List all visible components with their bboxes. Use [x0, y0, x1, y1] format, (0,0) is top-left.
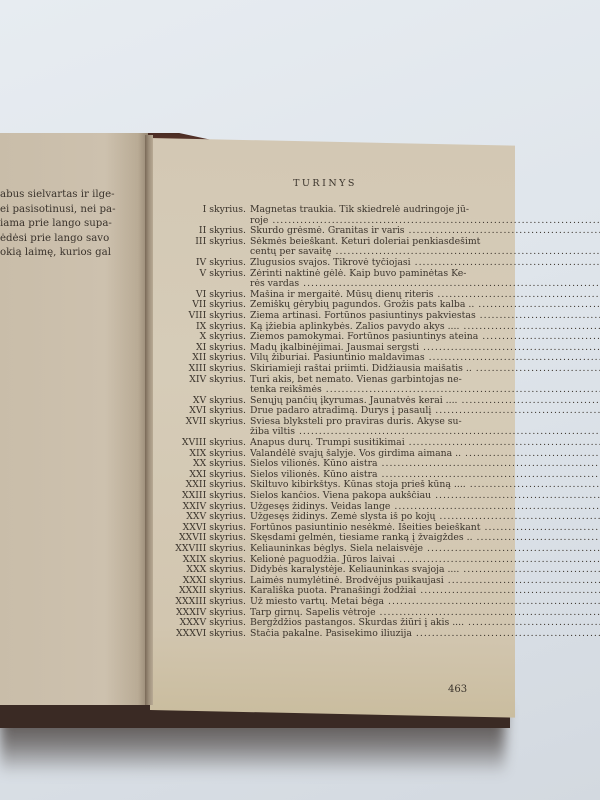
- toc-entry: V skyrius.Žėrinti naktinė gėlė. Kaip buv…: [150, 269, 480, 290]
- chapter-title: Sielos kančios. Viena pakopa aukščiau: [250, 491, 600, 502]
- chapter-title: Šviesa blykstelі pro praviras duris. Aky…: [250, 417, 600, 428]
- toc-entry: IV skyrius.Žlugusios svajos. Tikrovė tyč…: [150, 258, 480, 269]
- chapter-title: Turi akis, bet nemato. Vienas garbintoja…: [250, 375, 600, 386]
- chapter-title: Skiltuvo kibirkštys. Kūnas stoja prieš k…: [250, 480, 600, 491]
- toc-entry: XXVIII skyrius.Keliauninkas bėglys. Siel…: [150, 544, 480, 555]
- toc-entry: XIV skyrius.Turi akis, bet nemato. Viena…: [150, 375, 480, 396]
- text-line: abus sielvartas ir ilge-: [0, 188, 146, 203]
- chapter-number: XIII skyrius.: [150, 364, 250, 375]
- chapter-title: Fortūnos pasiuntinio nesėkmė. Išeities b…: [250, 523, 600, 534]
- chapter-title: Keliauninkas bėglys. Siela nelaisvėje: [250, 544, 600, 555]
- text-line: iama prie lango supa-: [0, 217, 146, 232]
- chapter-number: XXXIII skyrius.: [150, 597, 250, 608]
- chapter-title: Žėrinti naktinė gėlė. Kaip buvo paminėta…: [250, 269, 600, 280]
- chapter-title: Skurdo grėsmė. Granitas ir varis: [250, 226, 600, 237]
- chapter-title: Drue padaro atradimą. Durys į pasaulį: [250, 406, 600, 417]
- chapter-title: rės vardas: [250, 279, 600, 290]
- chapter-title: Senųjų pančių įkyrumas. Jaunatvės kerai …: [250, 396, 600, 407]
- table-of-contents: TURINYS I skyrius.Magnetas traukia. Tik …: [150, 178, 480, 639]
- chapter-title: Magnetas traukia. Tik skiedrelė audringo…: [250, 205, 600, 216]
- text-line: okią laimę, kurios gal: [0, 246, 146, 261]
- chapter-title: Bergždžios pastangos. Skurdas žiūri į ak…: [250, 618, 600, 629]
- chapter-title: Valandėlė svajų šalyje. Vos girdima aima…: [250, 449, 600, 460]
- chapter-number: IV skyrius.: [150, 258, 250, 269]
- chapter-title: Laimės numylėtinė. Brodvėjus puikaujasi: [250, 576, 600, 587]
- chapter-title: Karališka puota. Pranašingi žodžiai: [250, 586, 600, 597]
- chapter-title: Didybės karalystėje. Keliauninkas svajoj…: [250, 565, 600, 576]
- chapter-title: Sėkmės beieškant. Keturi doleriai penkia…: [250, 237, 600, 248]
- text-line: ei pasisotinusi, nei pa-: [0, 203, 146, 218]
- chapter-title: Skęsdami gelmėn, tiesiame ranką į žvaigž…: [250, 533, 600, 544]
- chapter-title: Žiemos pamokymai. Fortūnos pasiuntinys a…: [250, 332, 600, 343]
- chapter-number: III skyrius.: [150, 237, 250, 258]
- chapter-title: Stačia pakalne. Pasisekimo iliuzija: [250, 629, 600, 640]
- chapter-number: XIV skyrius.: [150, 375, 250, 396]
- toc-entry: XXXVI skyrius.Stačia pakalne. Pasisekimo…: [150, 629, 480, 640]
- toc-title: TURINYS: [170, 178, 480, 189]
- page-number: 463: [448, 684, 467, 695]
- toc-entry: XIII skyrius.Skiriamieji raštai priimti.…: [150, 364, 480, 375]
- chapter-title: Žlugusios svajos. Tikrovė tyčiojasi: [250, 258, 600, 269]
- chapter-title: Kelionė paguodžia. Jūros laivai: [250, 555, 600, 566]
- chapter-title: Užgesęs židinys. Veidas lange: [250, 502, 600, 513]
- toc-entry: III skyrius.Sėkmės beieškant. Keturi dol…: [150, 237, 480, 258]
- chapter-title: Žemiškų gėrybių pagundos. Grožis pats ka…: [250, 300, 600, 311]
- chapter-number: XVII skyrius.: [150, 417, 250, 438]
- chapter-title: Sielos vilionės. Kūno aistra: [250, 459, 600, 470]
- chapter-title: Žiema artinasi. Fortūnos pasiuntinys pak…: [250, 311, 600, 322]
- toc-entry: I skyrius.Magnetas traukia. Tik skiedrel…: [150, 205, 480, 226]
- toc-list: I skyrius.Magnetas traukia. Tik skiedrel…: [150, 205, 480, 639]
- chapter-title: žiba viltis: [250, 427, 600, 438]
- chapter-title: Vilų žiburiai. Pasiuntinio maldavimas: [250, 353, 600, 364]
- chapter-number: I skyrius.: [150, 205, 250, 226]
- chapter-title: Mašina ir mergaitė. Mūsų dienų riteris: [250, 290, 600, 301]
- chapter-number: XXVIII skyrius.: [150, 544, 250, 555]
- chapter-title: centų per savaitę: [250, 247, 600, 258]
- chapter-number: VIII skyrius.: [150, 311, 250, 322]
- chapter-number: V skyrius.: [150, 269, 250, 290]
- chapter-title: Skiriamieji raštai priimti. Didžiausia m…: [250, 364, 600, 375]
- chapter-title: Anapus durų. Trumpi susitikimai: [250, 438, 600, 449]
- chapter-title: Už miesto vartų. Metai bėga: [250, 597, 600, 608]
- chapter-number: XXXVI skyrius.: [150, 629, 250, 640]
- chapter-title: Ką įžiebia aplinkybės. Žalios pavydo aky…: [250, 322, 600, 333]
- chapter-title: Užgesęs židinys. Žemė slysta iš po kojų: [250, 512, 600, 523]
- toc-entry: XXXIII skyrius.Už miesto vartų. Metai bė…: [150, 597, 480, 608]
- chapter-title: roje: [250, 216, 600, 227]
- chapter-title: Sielos vilionės. Kūno aistra: [250, 470, 600, 481]
- toc-entry: XVII skyrius.Šviesa blykstelі pro pravir…: [150, 417, 480, 438]
- left-page-text: abus sielvartas ir ilge- ei pasisotinusi…: [0, 188, 146, 261]
- chapter-title: tenka reikšmės: [250, 385, 600, 396]
- chapter-title: Madų įkalbinėjimai. Jausmai sergsti: [250, 343, 600, 354]
- text-line: ėdėsi prie lango savo: [0, 232, 146, 247]
- chapter-title: Tarp girnų. Šapelis vėtroje: [250, 608, 600, 619]
- toc-entry: VIII skyrius.Žiema artinasi. Fortūnos pa…: [150, 311, 480, 322]
